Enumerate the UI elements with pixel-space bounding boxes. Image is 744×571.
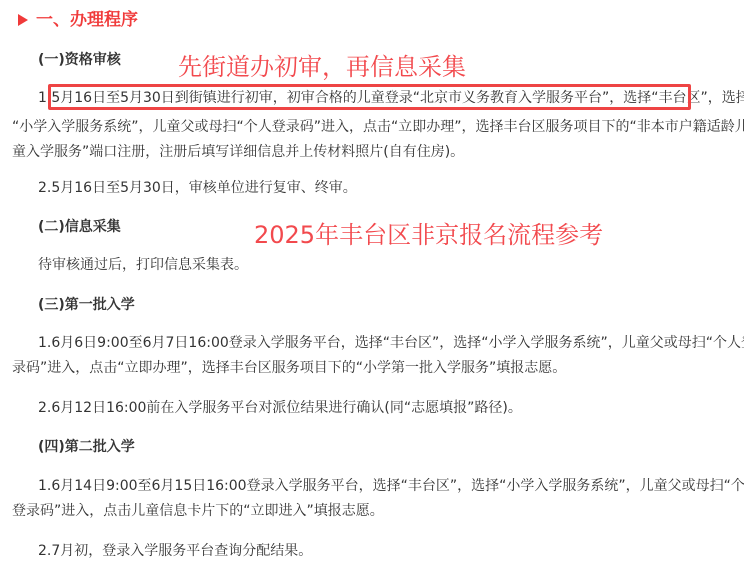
step1-item2-line1: 2.5月16日至5月30日，审核单位进行复审、终审。 — [38, 178, 357, 198]
step-heading-qualification: (一)资格审核 — [38, 50, 121, 70]
step3-item2-line1: 2.6月12日16:00前在入学服务平台对派位结果进行确认(同“志愿填报”路径)… — [38, 398, 522, 418]
step-heading-second-batch: (四)第二批入学 — [38, 437, 135, 457]
section-title: 一、办理程序 — [36, 8, 138, 32]
step2-item1-line1: 待审核通过后，打印信息采集表。 — [38, 255, 248, 275]
annotation-top: 先街道办初审，再信息采集 — [178, 52, 466, 82]
step4-item1-line1: 1.6月14日9:00至6月15日16:00登录入学服务平台，选择“丰台区”，选… — [38, 476, 744, 496]
document-page: 一、办理程序 (一)资格审核 先街道办初审，再信息采集 1.5月16日至5月30… — [0, 0, 744, 571]
step4-item2-line1: 2.7月初，登录入学服务平台查询分配结果。 — [38, 541, 312, 561]
step4-item1-line2: 登录码”进入，点击儿童信息卡片下的“立即进入”填报志愿。 — [12, 501, 384, 521]
step1-item1-line2: “小学入学服务系统”，儿童父或母扫“个人登录码”进入，点击“立即办理”，选择丰台… — [12, 117, 744, 137]
triangle-right-icon — [18, 14, 28, 26]
step-heading-first-batch: (三)第一批入学 — [38, 295, 135, 315]
step3-item1-line2: 录码”进入，点击“立即办理”，选择丰台区服务项目下的“小学第一批入学服务”填报志… — [12, 358, 566, 378]
highlight-box — [48, 84, 691, 110]
annotation-middle: 2025年丰台区非京报名流程参考 — [254, 220, 603, 250]
step3-item1-line1: 1.6月6日9:00至6月7日16:00登录入学服务平台，选择“丰台区”，选择“… — [38, 333, 744, 353]
step-heading-info-collection: (二)信息采集 — [38, 217, 121, 237]
step1-item1-line3: 童入学服务”端口注册，注册后填写详细信息并上传材料照片(自有住房)。 — [12, 142, 464, 162]
section-heading: 一、办理程序 — [18, 8, 138, 32]
